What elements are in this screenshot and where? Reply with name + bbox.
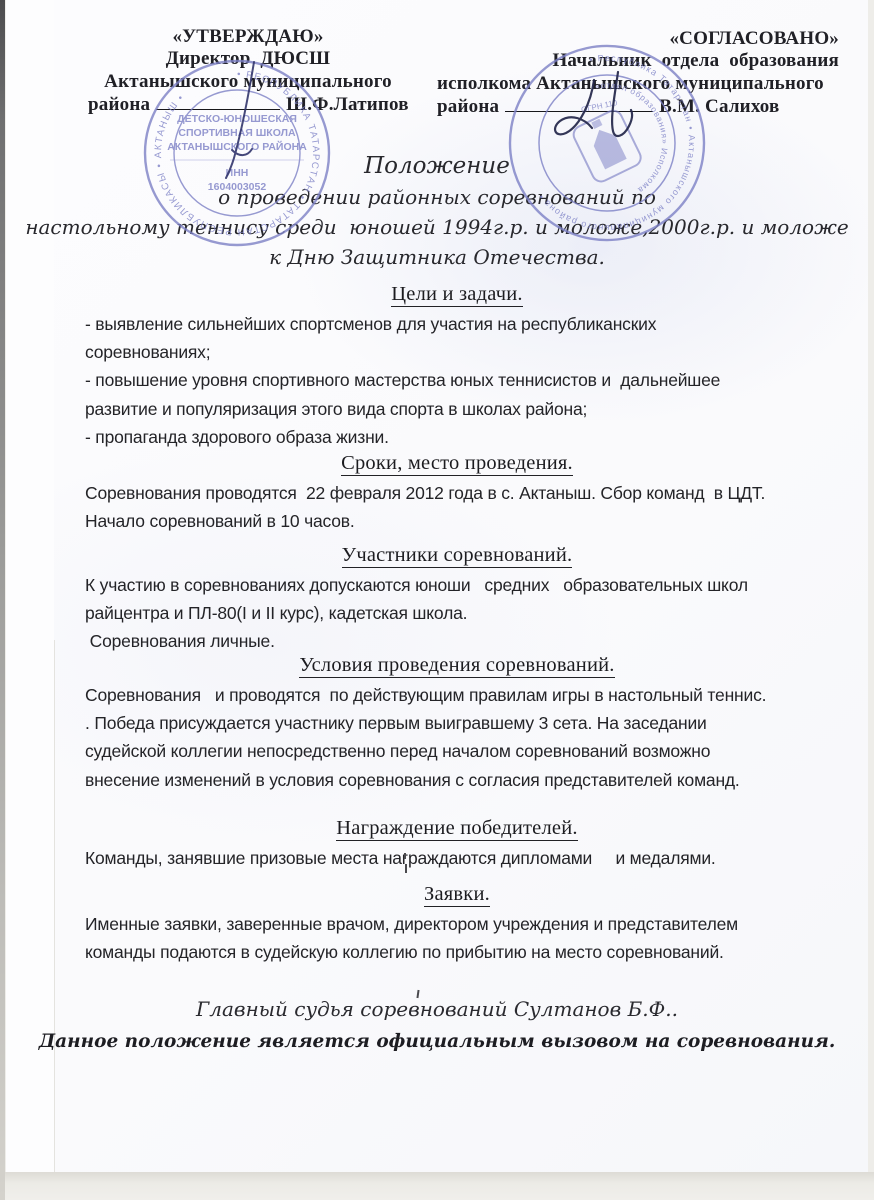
section-dates-venue: Сроки, место проведения. Соревнования пр… <box>85 450 829 535</box>
body-line: К участию в соревнованиях допускаются юн… <box>85 571 829 599</box>
scan-border-bottom <box>5 1172 874 1200</box>
chief-referee-line: Главный судья соревнований Султанов Б.Ф.… <box>0 992 874 1026</box>
scan-artifact <box>405 864 407 873</box>
body-line: - выявление сильнейших спортсменов для у… <box>85 310 829 338</box>
section-goals: Цели и задачи. - выявление сильнейших сп… <box>85 281 829 451</box>
document-title: Положение о проведении районных соревнов… <box>0 150 874 272</box>
title-line-3: настольному теннису среди юношей 1994г.р… <box>0 212 874 242</box>
body-line: судейской коллегии непосредственно перед… <box>85 737 829 765</box>
approved-position: Директор ДЮСШ <box>88 48 408 70</box>
title-line-1: Положение <box>0 150 874 182</box>
body-line: - повышение уровня спортивного мастерств… <box>85 366 829 394</box>
agreed-name: В.М. Салихов <box>659 96 779 117</box>
body-line: соревнованиях; <box>85 338 829 366</box>
section-awards: Награждение победителей. Команды, занявш… <box>85 815 829 872</box>
section-applications: Заявки. Именные заявки, заверенные врачо… <box>85 881 829 966</box>
scan-artifact <box>404 853 406 859</box>
signature-blank-right <box>505 95 653 112</box>
approved-caption: «УТВЕРЖДАЮ» <box>88 26 408 48</box>
agreed-org: исполкома Актанышского муниципального <box>437 73 839 95</box>
section-heading-rules: Условия проведения соревнований. <box>85 652 829 678</box>
body-line: Соревнования и проводятся по действующим… <box>85 681 829 709</box>
body-line: райцентра и ПЛ-80(I и II курс), кадетска… <box>85 599 829 627</box>
agreed-caption: «СОГЛАСОВАНО» <box>437 28 839 50</box>
document-footer: Главный судья соревнований Султанов Б.Ф.… <box>0 992 874 1058</box>
body-line: Соревнования проводятся 22 февраля 2012 … <box>85 479 829 507</box>
section-heading-dates-venue: Сроки, место проведения. <box>85 450 829 476</box>
section-heading-awards: Награждение победителей. <box>85 815 829 841</box>
approved-name: Ш.Ф.Латипов <box>286 94 409 115</box>
agreed-signature-line: районаВ.М. Салихов <box>437 95 839 118</box>
body-line: Именные заявки, заверенные врачом, дирек… <box>85 910 829 938</box>
approved-org-tail: района <box>88 94 150 115</box>
section-heading-goals: Цели и задачи. <box>85 281 829 307</box>
approval-block-agreed: «СОГЛАСОВАНО» Начальник отдела образован… <box>437 28 839 119</box>
approval-block-approved: «УТВЕРЖДАЮ» Директор ДЮСШ Актанышского м… <box>88 26 408 117</box>
section-rules: Условия проведения соревнований. Соревно… <box>85 652 829 794</box>
body-line: команды подаются в судейскую коллегию по… <box>85 938 829 966</box>
page-edge <box>54 640 55 1172</box>
section-heading-participants: Участники соревнований. <box>85 542 829 568</box>
signature-blank-left <box>156 93 280 110</box>
approved-org: Актанышского муниципального <box>88 71 408 93</box>
body-line: Начало соревнований в 10 часов. <box>85 507 829 535</box>
body-line: развитие и популяризация этого вида спор… <box>85 395 829 423</box>
body-line: внесение изменений в условия соревновани… <box>85 766 829 794</box>
title-line-2: о проведении районных соревнований по <box>0 182 874 212</box>
agreed-position: Начальник отдела образования <box>437 50 839 72</box>
body-line: . Победа присуждается участнику первым в… <box>85 709 829 737</box>
agreed-org-tail: района <box>437 96 499 117</box>
body-line: Команды, занявшие призовые места награжд… <box>85 844 829 872</box>
official-invitation-line: Данное положение является официальным вы… <box>0 1026 874 1058</box>
section-heading-applications: Заявки. <box>85 881 829 907</box>
title-line-4: к Дню Защитника Отечества. <box>0 242 874 272</box>
section-participants: Участники соревнований. К участию в соре… <box>85 542 829 656</box>
approved-signature-line: районаШ.Ф.Латипов <box>88 93 408 116</box>
body-line: - пропаганда здорового образа жизни. <box>85 423 829 451</box>
